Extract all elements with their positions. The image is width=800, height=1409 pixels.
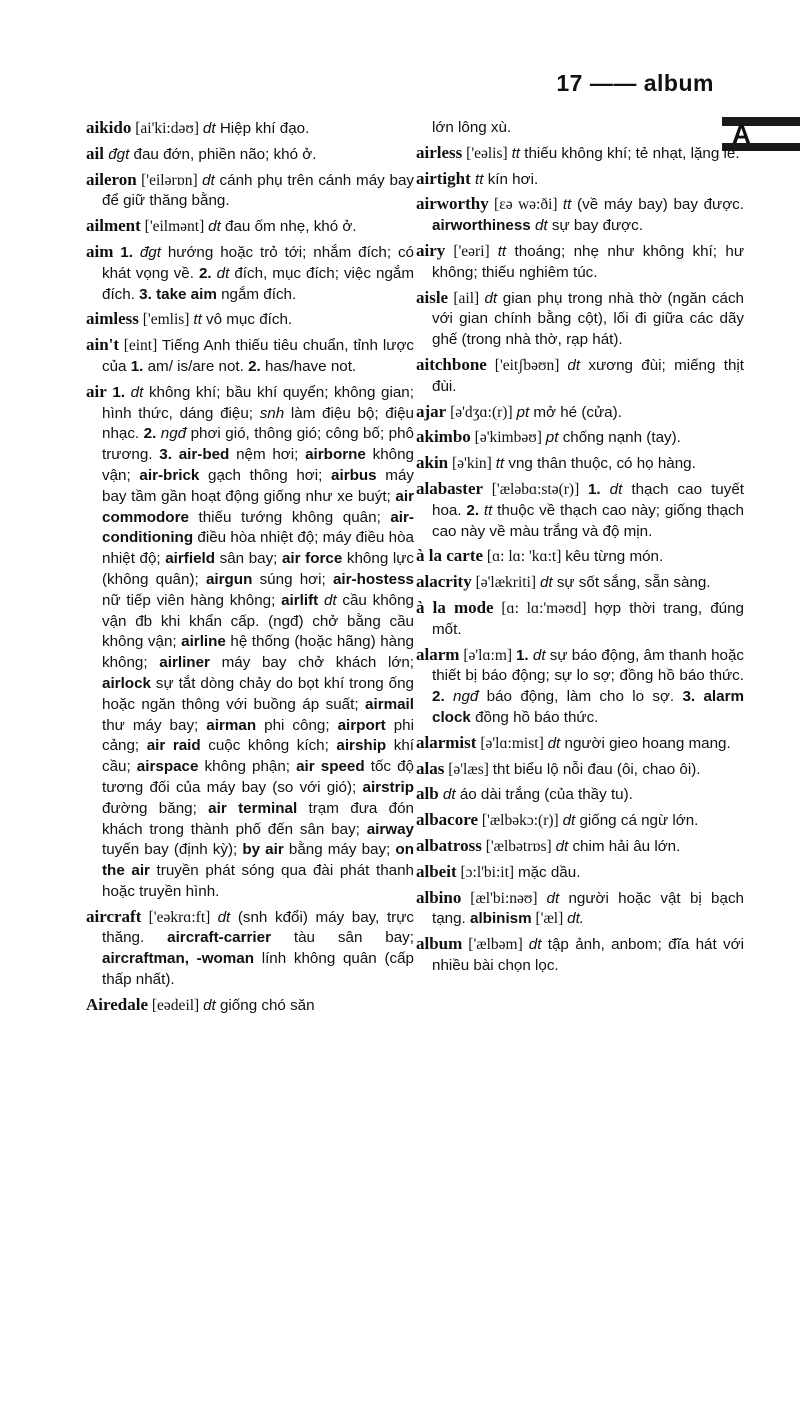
definition-text: sân bay;: [215, 550, 282, 567]
headword: akimbo: [416, 427, 471, 446]
dictionary-entry: alarm [ə'lɑ:m] 1. dt sự báo động, âm tha…: [416, 645, 744, 729]
grammar-label: đgt: [108, 146, 129, 163]
headword: albeit: [416, 862, 457, 881]
headword: ain't: [86, 335, 119, 354]
pronunciation: [ɔ:l'bi:it]: [457, 864, 518, 881]
definition-text: sự sốt sắng, sẵn sàng.: [553, 574, 711, 591]
definition-text: tht biểu lộ nỗi đau (ôi, chao ôi).: [493, 761, 701, 778]
dictionary-entry: album ['ælbəm] dt tập ảnh, anbom; đĩa há…: [416, 934, 744, 977]
pronunciation: ['eilmənt]: [141, 218, 208, 235]
running-head: 17 —— album: [556, 70, 714, 97]
grammar-label: dt: [324, 592, 337, 609]
definition-text: kêu từng món.: [565, 548, 663, 565]
dictionary-entry: ail đgt đau đớn, phiền não; khó ở.: [86, 144, 414, 166]
grammar-label: dt: [556, 838, 569, 855]
dictionary-entry: albeit [ɔ:l'bi:it] mặc dầu.: [416, 862, 744, 884]
definition-text: giống chó săn: [216, 997, 315, 1014]
definition-text: áo dài trắng (của thầy tu).: [456, 786, 633, 803]
definition-text: ngắm đích.: [217, 286, 296, 303]
sub-keyword: take aim: [156, 286, 217, 303]
sub-keyword: airlift: [281, 592, 318, 609]
sub-keyword: air force: [282, 550, 342, 567]
headword: aitchbone: [416, 355, 487, 374]
definition-text: sự bay được.: [548, 217, 643, 234]
dictionary-entry: airworthy [ɛə wə:ði] tt (về máy bay) bay…: [416, 194, 744, 237]
sub-keyword: airfield: [165, 550, 215, 567]
definition-text: súng hơi;: [252, 571, 333, 588]
dictionary-entry: Airedale [eədeil] dt giống chó săn: [86, 995, 414, 1017]
sense-number: 1.: [516, 647, 529, 664]
definition-text: chống nạnh (tay).: [558, 429, 680, 446]
definition-text: cuộc không kích;: [201, 737, 337, 754]
pronunciation: ['emlis]: [139, 311, 193, 328]
definition-text: không phận;: [198, 758, 296, 775]
dictionary-entry: aikido [ai'ki:dəʊ] dt Hiệp khí đạo.: [86, 118, 414, 140]
grammar-label: pt: [517, 404, 530, 421]
dictionary-entry: à la mode [ɑ: lɑ:'məʊd] hợp thời trang, …: [416, 598, 744, 641]
grammar-label: dt: [563, 812, 576, 829]
dictionary-entry: aim 1. đgt hướng hoặc trỏ tới; nhắm đích…: [86, 242, 414, 305]
dictionary-entry: à la carte [ɑ: lɑ: 'kɑ:t] kêu từng món.: [416, 546, 744, 568]
sub-keyword: aircraftman, -woman: [102, 950, 254, 967]
dictionary-entry: alarmist [ə'lɑ:mist] dt người gieo hoang…: [416, 733, 744, 755]
sense-number: 1.: [588, 481, 601, 498]
dictionary-entry: alb dt áo dài trắng (của thầy tu).: [416, 784, 744, 806]
sub-keyword: air speed: [296, 758, 365, 775]
left-column: aikido [ai'ki:dəʊ] dt Hiệp khí đạo.ail đ…: [86, 118, 414, 1021]
sub-keyword: air raid: [147, 737, 201, 754]
definition-text: máy bay chở khách lớn;: [210, 654, 414, 671]
grammar-label: dt: [217, 265, 230, 282]
definition-text: báo động, làm cho lo sợ.: [478, 688, 682, 705]
definition-text: đường băng;: [102, 800, 208, 817]
sense-number: 1.: [120, 244, 133, 261]
grammar-label: dt: [202, 172, 215, 189]
pronunciation: [ai'ki:dəʊ]: [131, 120, 203, 137]
dictionary-entry: akin [ə'kin] tt vng thân thuộc, có họ hà…: [416, 453, 744, 475]
sense-number: 3.: [159, 446, 172, 463]
definition-text: đồng hồ báo thức.: [471, 709, 599, 726]
definition-text: thư máy bay;: [102, 717, 206, 734]
sub-keyword: airman: [206, 717, 256, 734]
definition-text: đau đớn, phiền não; khó ở.: [129, 146, 316, 163]
pronunciation: ['eəkrɑ:ft]: [141, 909, 217, 926]
dictionary-entry: ailment ['eilmənt] dt đau ốm nhẹ, khó ở.: [86, 216, 414, 238]
dictionary-entry: airless ['eəlis] tt thiếu không khí; tẻ …: [416, 143, 744, 165]
headword: albino: [416, 888, 461, 907]
sub-keyword: air-brick: [139, 467, 199, 484]
pronunciation: [ɑ: lɑ:'məʊd]: [494, 600, 595, 617]
grammar-label: dt: [533, 647, 546, 664]
pronunciation: ['eəlis]: [462, 145, 511, 162]
definition-text: thiếu tướng không quân;: [189, 509, 390, 526]
definition-text: mặc dầu.: [518, 864, 580, 881]
dictionary-entry: ajar [ə'dʒɑ:(r)] pt mở hé (cửa).: [416, 402, 744, 424]
sub-keyword: airworthiness: [432, 217, 531, 234]
grammar-label: pt: [546, 429, 559, 446]
dictionary-entry: akimbo [ə'kimbəʊ] pt chống nạnh (tay).: [416, 427, 744, 449]
dictionary-entry: aitchbone ['eitʃbəʊn] dt xương đùi; miến…: [416, 355, 744, 398]
grammar-label: dt: [548, 735, 561, 752]
definition-text: lớn lông xù.: [432, 119, 511, 136]
grammar-label: dt: [484, 290, 497, 307]
definition-text: [601, 481, 610, 498]
headword: ail: [86, 144, 104, 163]
dictionary-entry: airtight tt kín hơi.: [416, 169, 744, 191]
pronunciation: ['æl]: [532, 910, 568, 927]
grammar-label: tt: [498, 243, 506, 260]
headword: album: [416, 934, 462, 953]
sub-keyword: airbus: [331, 467, 377, 484]
sub-keyword: airspace: [137, 758, 199, 775]
sub-keyword: airmail: [365, 696, 414, 713]
definition-text: (về máy bay) bay được.: [571, 196, 744, 213]
dictionary-entry: aileron ['eilərɒn] dt cánh phụ trên cánh…: [86, 170, 414, 213]
sub-keyword: airport: [338, 717, 386, 734]
sense-number: 3.: [139, 286, 152, 303]
definition-text: người gieo hoang mang.: [560, 735, 730, 752]
grammar-label: snh: [260, 405, 285, 422]
grammar-label: dt: [535, 217, 548, 234]
pronunciation: [ɛə wə:ði]: [489, 196, 563, 213]
definition-text: nệm hơi;: [229, 446, 305, 463]
headword: airless: [416, 143, 462, 162]
headword: albacore: [416, 810, 478, 829]
grammar-label: dt: [443, 786, 456, 803]
dictionary-entry: ain't [eint] Tiếng Anh thiếu tiêu chuẩn,…: [86, 335, 414, 378]
headword: à la mode: [416, 598, 494, 617]
pronunciation: ['eitʃbəʊn]: [487, 357, 568, 374]
pronunciation: ['ælbətrɒs]: [482, 838, 556, 855]
grammar-label: tt: [193, 311, 201, 328]
right-column: lớn lông xù.airless ['eəlis] tt thiếu kh…: [416, 118, 744, 981]
dictionary-entry: albatross ['ælbətrɒs] dt chim hải âu lớn…: [416, 836, 744, 858]
dictionary-entry: albacore ['ælbəkɔ:(r)] dt giống cá ngừ l…: [416, 810, 744, 832]
sub-keyword: airline: [181, 633, 226, 650]
grammar-label: đgt: [140, 244, 161, 261]
pronunciation: [ɑ: lɑ: 'kɑ:t]: [483, 548, 565, 565]
dictionary-entry: alas [ə'læs] tht biểu lộ nỗi đau (ôi, ch…: [416, 759, 744, 781]
sub-keyword: aircraft-carrier: [167, 929, 271, 946]
definition-text: am/ is/are not.: [143, 358, 248, 375]
sense-number: 1.: [112, 384, 125, 401]
headword: alacrity: [416, 572, 472, 591]
sub-keyword: air-bed: [179, 446, 230, 463]
sense-number: 3.: [682, 688, 695, 705]
pronunciation: [ə'lɑ:mist]: [476, 735, 547, 752]
pronunciation: ['ælbəkɔ:(r)]: [478, 812, 563, 829]
headword: albatross: [416, 836, 482, 855]
sub-keyword: airborne: [305, 446, 366, 463]
definition-text: kín hơi.: [483, 171, 538, 188]
pronunciation: ['eəri]: [445, 243, 497, 260]
definition-text: nữ tiếp viên hàng không;: [102, 592, 281, 609]
dictionary-entry: alabaster ['æləbɑ:stə(r)] 1. dt thạch ca…: [416, 479, 744, 542]
definition-text: phi công;: [256, 717, 337, 734]
headword: Airedale: [86, 995, 148, 1014]
definition-text: bằng máy bay;: [284, 841, 396, 858]
grammar-label: ngđ: [161, 425, 186, 442]
grammar-label: tt: [512, 145, 520, 162]
dictionary-entry: aimless ['emlis] tt vô mục đích.: [86, 309, 414, 331]
sub-keyword: air-hostess: [333, 571, 414, 588]
grammar-label: dt: [547, 890, 560, 907]
pronunciation: ['ælbəm]: [462, 936, 528, 953]
dictionary-entry: albino [æl'bi:nəʊ] dt người hoặc vật bị …: [416, 888, 744, 931]
definition-text: Hiệp khí đạo.: [216, 120, 310, 137]
dictionary-entry: alacrity [ə'lækriti] dt sự sốt sắng, sẵn…: [416, 572, 744, 594]
grammar-label: dt: [529, 936, 542, 953]
grammar-label: dt: [208, 218, 221, 235]
grammar-label: dt.: [567, 910, 584, 927]
headword: aim: [86, 242, 113, 261]
pronunciation: [ə'lækriti]: [472, 574, 540, 591]
grammar-label: dt: [567, 357, 580, 374]
definition-text: [172, 446, 179, 463]
definition-text: tuyến bay (định kỳ);: [102, 841, 242, 858]
sub-keyword: airship: [336, 737, 386, 754]
definition-text: [133, 244, 140, 261]
pronunciation: [ə'dʒɑ:(r)]: [446, 404, 516, 421]
headword: aileron: [86, 170, 137, 189]
sub-keyword: airliner: [159, 654, 210, 671]
definition-text: vô mục đích.: [202, 311, 292, 328]
headword: aircraft: [86, 907, 141, 926]
sub-keyword: albinism: [470, 910, 532, 927]
grammar-label: dt: [540, 574, 553, 591]
headword: aimless: [86, 309, 139, 328]
headword: airworthy: [416, 194, 489, 213]
headword: à la carte: [416, 546, 483, 565]
grammar-label: dt: [203, 120, 216, 137]
grammar-label: dt: [218, 909, 231, 926]
headword: ailment: [86, 216, 141, 235]
headword: aisle: [416, 288, 448, 307]
definition-text: thiếu không khí; tẻ nhạt, lặng lẽ.: [520, 145, 740, 162]
headword: alb: [416, 784, 439, 803]
headword: alarmist: [416, 733, 476, 752]
sense-number: 2.: [199, 265, 212, 282]
definition-text: tàu sân bay;: [271, 929, 414, 946]
definition-text: gạch thông hơi;: [199, 467, 331, 484]
headword: aikido: [86, 118, 131, 137]
sub-keyword: airway: [367, 821, 414, 838]
pronunciation: [ail]: [448, 290, 484, 307]
dictionary-entry: airy ['eəri] tt thoáng; nhẹ như không kh…: [416, 241, 744, 284]
definition-text: has/have not.: [261, 358, 356, 375]
sense-number: 2.: [144, 425, 157, 442]
dictionary-entry: lớn lông xù.: [416, 118, 744, 139]
sub-keyword: airgun: [206, 571, 252, 588]
pronunciation: [ə'kimbəʊ]: [471, 429, 546, 446]
dictionary-entry: aircraft ['eəkrɑ:ft] dt (snh kđổi) máy b…: [86, 907, 414, 991]
definition-text: mở hé (cửa).: [529, 404, 622, 421]
sub-keyword: airlock: [102, 675, 151, 692]
sub-keyword: by air: [242, 841, 283, 858]
sense-number: 2.: [248, 358, 261, 375]
pronunciation: [eədeil]: [148, 997, 203, 1014]
headword: akin: [416, 453, 448, 472]
headword: ajar: [416, 402, 446, 421]
headword: alarm: [416, 645, 459, 664]
grammar-label: dt: [131, 384, 144, 401]
definition-text: vng thân thuộc, có họ hàng.: [504, 455, 696, 472]
dictionary-entry: air 1. dt không khí; bầu khí quyển; khôn…: [86, 382, 414, 903]
pronunciation: [ə'kin]: [448, 455, 496, 472]
grammar-label: tt: [496, 455, 504, 472]
headword: alabaster: [416, 479, 483, 498]
pronunciation: ['eilərɒn]: [137, 172, 202, 189]
headword: airtight: [416, 169, 471, 188]
sub-keyword: air terminal: [208, 800, 297, 817]
sense-number: 2.: [432, 688, 445, 705]
grammar-label: ngđ: [453, 688, 478, 705]
dictionary-entry: aisle [ail] dt gian phụ trong nhà thờ (n…: [416, 288, 744, 351]
pronunciation: [æl'bi:nəʊ]: [461, 890, 546, 907]
pronunciation: [ə'læs]: [444, 761, 492, 778]
headword: airy: [416, 241, 445, 260]
grammar-label: dt: [203, 997, 216, 1014]
grammar-label: dt: [610, 481, 623, 498]
definition-text: đau ốm nhẹ, khó ở.: [221, 218, 357, 235]
pronunciation: ['æləbɑ:stə(r)]: [483, 481, 588, 498]
pronunciation: [ə'lɑ:m]: [459, 647, 516, 664]
pronunciation: [eint]: [119, 337, 162, 354]
headword: alas: [416, 759, 444, 778]
sub-keyword: airstrip: [363, 779, 415, 796]
definition-text: giống cá ngừ lớn.: [575, 812, 698, 829]
sense-number: 1.: [131, 358, 144, 375]
definition-text: chim hải âu lớn.: [568, 838, 680, 855]
definition-text: [445, 688, 453, 705]
sense-number: 2.: [466, 502, 479, 519]
headword: air: [86, 382, 107, 401]
